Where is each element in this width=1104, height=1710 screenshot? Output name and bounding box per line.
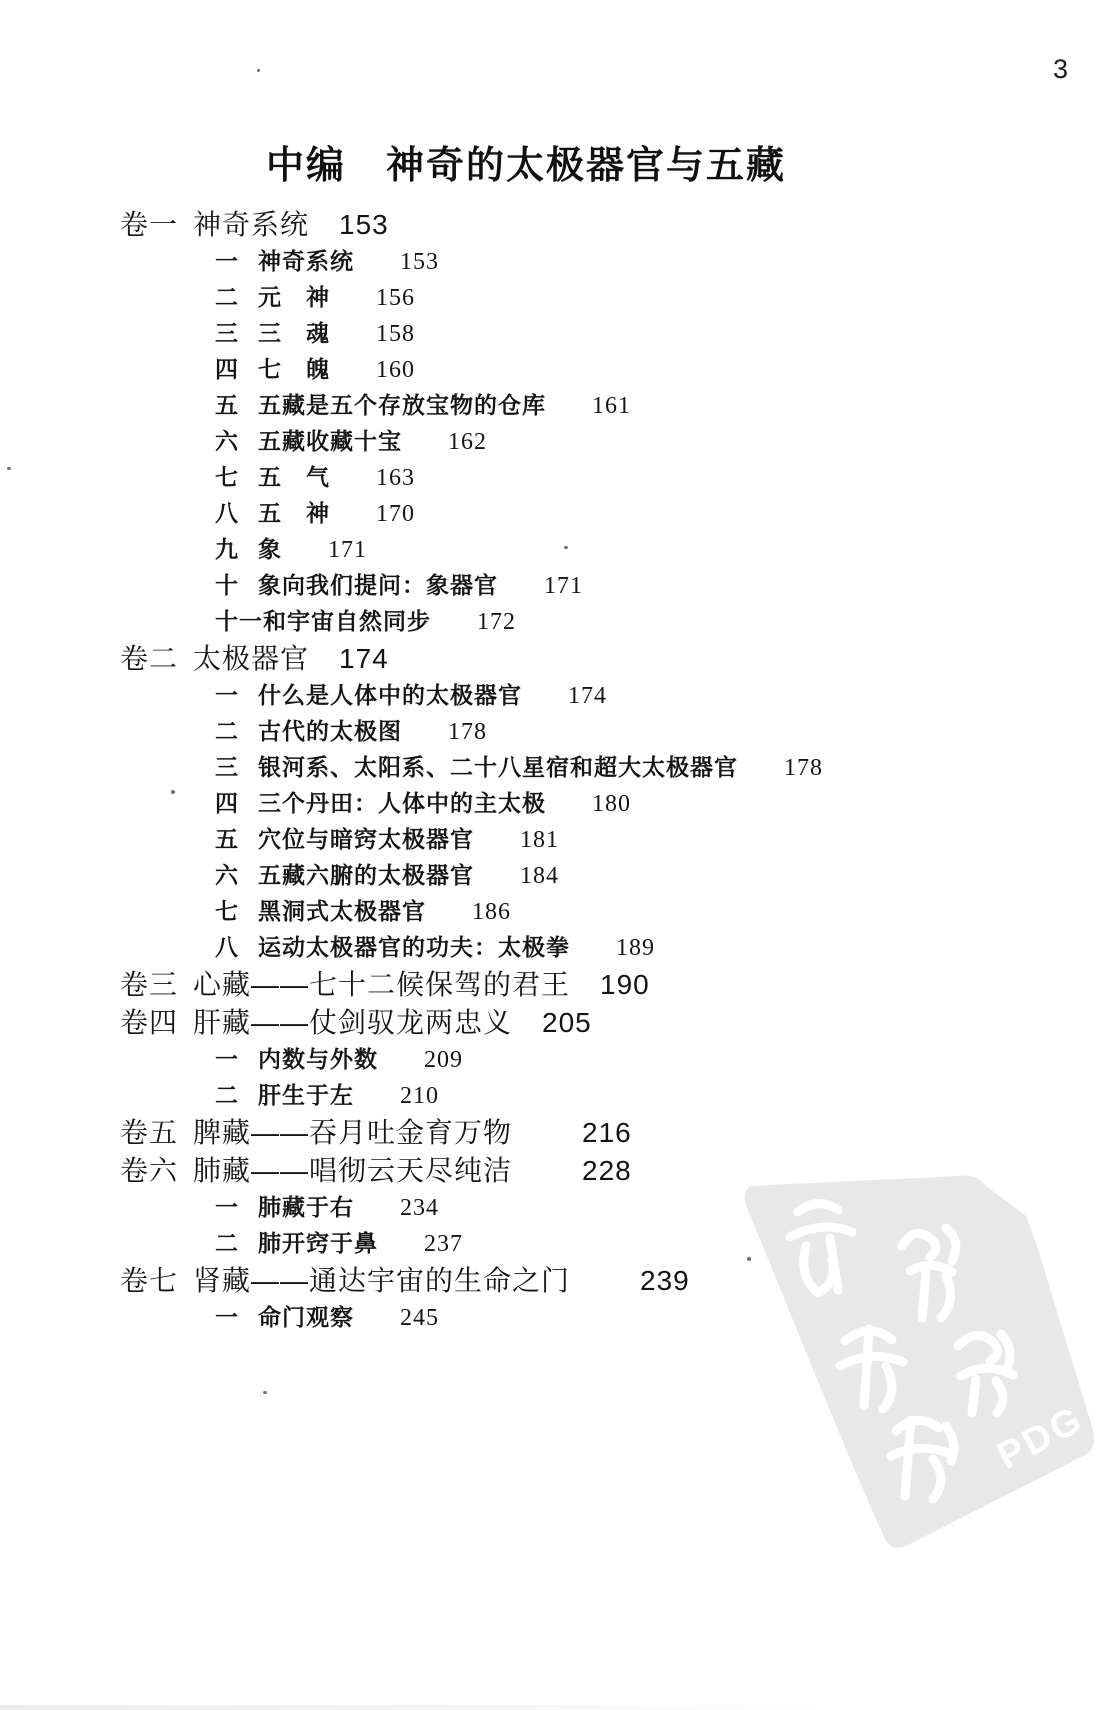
toc-entry-title: 象 — [258, 532, 282, 567]
toc-entry-title: 神奇系统 — [193, 206, 309, 244]
toc-entry-number: 四 — [215, 786, 258, 821]
toc-entry: 三银河系、太阳系、二十八星宿和超大太极器官178 — [120, 750, 1084, 786]
toc-entry-number: 二 — [215, 1078, 258, 1113]
toc-entry-page: 153 — [400, 245, 439, 280]
toc-entry-title: 肝藏——仗剑驭龙两忠义 — [193, 1004, 512, 1042]
toc-entry-number: 三 — [215, 750, 258, 785]
toc-entry-title: 穴位与暗窍太极器官 — [258, 822, 474, 857]
toc-entry-title: 古代的太极图 — [258, 714, 402, 749]
toc-entry: 八运动太极器官的功夫：太极拳189 — [120, 930, 1084, 966]
toc-entry-number: 八 — [215, 496, 258, 531]
toc-entry-title: 太极器官 — [193, 640, 309, 678]
scan-edge-shadow — [0, 1705, 1104, 1710]
toc-entry-page: 209 — [424, 1043, 463, 1078]
toc-entry-number: 一 — [215, 1042, 258, 1077]
toc-entry-page: 161 — [592, 389, 631, 424]
toc-entry-number: 二 — [215, 714, 258, 749]
toc-list: 卷一神奇系统153一神奇系统153二元 神156三三 魂158四七 魄160五五… — [120, 206, 1084, 1336]
toc-entry: 四七 魄160 — [120, 352, 1084, 388]
toc-entry: 五穴位与暗窍太极器官181 — [120, 822, 1084, 858]
toc-entry-number: 卷一 — [120, 206, 193, 244]
toc-entry-page: 163 — [376, 461, 415, 496]
toc-entry-page: 156 — [376, 281, 415, 316]
toc-entry-number: 七 — [215, 460, 258, 495]
toc-entry-title: 肾藏——通达宇宙的生命之门 — [193, 1262, 570, 1300]
toc-entry-number: 卷二 — [120, 640, 193, 678]
toc-entry-title: 肺开窍于鼻 — [258, 1226, 378, 1261]
toc-entry-page: 174 — [339, 640, 389, 678]
toc-entry-page: 170 — [376, 497, 415, 532]
toc-entry-page: 228 — [582, 1152, 632, 1190]
watermark-pdg-label: PDG — [991, 1398, 1091, 1478]
toc-entry-number: 八 — [215, 930, 258, 965]
toc-entry-title: 元 神 — [258, 280, 330, 315]
toc-entry: 卷七肾藏——通达宇宙的生命之门239 — [120, 1262, 1084, 1300]
toc-entry-title: 运动太极器官的功夫：太极拳 — [258, 930, 570, 965]
toc-entry-number: 一 — [215, 678, 258, 713]
toc-entry: 卷六肺藏——唱彻云天尽纯洁228 — [120, 1152, 1084, 1190]
scanned-book-page: 3 中编 神奇的太极器官与五藏 卷一神奇系统153一神奇系统153二元 神156… — [0, 0, 1104, 1710]
toc-entry-page: 239 — [640, 1262, 690, 1300]
toc-entry-title: 神奇系统 — [258, 244, 354, 279]
toc-entry: 六五藏六腑的太极器官184 — [120, 858, 1084, 894]
toc-entry: 一内数与外数209 — [120, 1042, 1084, 1078]
scan-speck — [171, 790, 175, 794]
toc-entry: 卷二太极器官174 — [120, 640, 1084, 678]
toc-entry-number: 十一 — [215, 604, 263, 639]
toc-entry: 一神奇系统153 — [120, 244, 1084, 280]
toc-entry: 二古代的太极图178 — [120, 714, 1084, 750]
toc-entry-number: 卷六 — [120, 1152, 193, 1190]
toc-entry-title: 五藏收藏十宝 — [258, 424, 402, 459]
toc-entry-page: 171 — [544, 569, 583, 604]
toc-entry-page: 210 — [400, 1079, 439, 1114]
toc-entry-number: 一 — [215, 1190, 258, 1225]
toc-entry-title: 黑洞式太极器官 — [258, 894, 426, 929]
toc-entry: 五五藏是五个存放宝物的仓库161 — [120, 388, 1084, 424]
toc-entry-number: 二 — [215, 280, 258, 315]
toc-entry-title: 七 魄 — [258, 352, 330, 387]
toc-entry-number: 四 — [215, 352, 258, 387]
toc-entry: 卷四肝藏——仗剑驭龙两忠义205 — [120, 1004, 1084, 1042]
toc-entry-title: 三个丹田：人体中的主太极 — [258, 786, 546, 821]
toc-entry-title: 肺藏于右 — [258, 1190, 354, 1225]
toc-entry-page: 172 — [477, 605, 516, 640]
toc-entry: 十象向我们提问：象器官171 — [120, 568, 1084, 604]
toc-entry-title: 脾藏——吞月吐金育万物 — [193, 1114, 512, 1152]
toc-entry-page: 237 — [424, 1227, 463, 1262]
toc-entry: 二肝生于左210 — [120, 1078, 1084, 1114]
toc-entry-page: 186 — [472, 895, 511, 930]
toc-entry-page: 158 — [376, 317, 415, 352]
toc-entry: 三三 魂158 — [120, 316, 1084, 352]
toc-entry-title: 心藏——七十二候保驾的君王 — [193, 966, 570, 1004]
toc-entry-title: 五 气 — [258, 460, 330, 495]
toc-entry-page: 153 — [339, 206, 389, 244]
toc-entry-page: 178 — [448, 715, 487, 750]
toc-entry: 一什么是人体中的太极器官174 — [120, 678, 1084, 714]
toc-entry: 四三个丹田：人体中的主太极180 — [120, 786, 1084, 822]
toc-entry: 六五藏收藏十宝162 — [120, 424, 1084, 460]
toc-entry-title: 三 魂 — [258, 316, 330, 351]
toc-entry-number: 十 — [215, 568, 258, 603]
toc-entry-number: 卷七 — [120, 1262, 193, 1300]
toc-entry-page: 181 — [520, 823, 559, 858]
toc-entry-title: 肝生于左 — [258, 1078, 354, 1113]
toc-entry: 二元 神156 — [120, 280, 1084, 316]
toc-entry-number: 九 — [215, 532, 258, 567]
toc-entry-number: 六 — [215, 858, 258, 893]
toc-entry-number: 七 — [215, 894, 258, 929]
scan-speck — [747, 1257, 751, 1261]
toc-entry-page: 171 — [328, 533, 367, 568]
toc-entry-title: 内数与外数 — [258, 1042, 378, 1077]
scan-speck — [564, 546, 568, 549]
toc-entry-page: 180 — [592, 787, 631, 822]
toc-entry: 卷三心藏——七十二候保驾的君王190 — [120, 966, 1084, 1004]
toc-entry-title: 和宇宙自然同步 — [263, 604, 431, 639]
toc-entry-title: 象向我们提问：象器官 — [258, 568, 498, 603]
toc-entry-title: 命门观察 — [258, 1300, 354, 1335]
toc-entry: 八五 神170 — [120, 496, 1084, 532]
toc-entry-title: 五藏是五个存放宝物的仓库 — [258, 388, 546, 423]
toc-entry-number: 五 — [215, 388, 258, 423]
toc-entry-page: 178 — [784, 751, 823, 786]
toc-entry: 一命门观察245 — [120, 1300, 1084, 1336]
toc-entry-page: 174 — [568, 679, 607, 714]
toc-entry: 一肺藏于右234 — [120, 1190, 1084, 1226]
toc-entry-number: 二 — [215, 1226, 258, 1261]
scan-speck — [263, 1391, 267, 1394]
toc-entry-page: 245 — [400, 1301, 439, 1336]
toc-entry-title: 银河系、太阳系、二十八星宿和超大太极器官 — [258, 750, 738, 785]
toc-entry: 七五 气163 — [120, 460, 1084, 496]
toc-entry-number: 六 — [215, 424, 258, 459]
toc-entry-title: 肺藏——唱彻云天尽纯洁 — [193, 1152, 512, 1190]
toc-entry-title: 五 神 — [258, 496, 330, 531]
page-number: 3 — [1053, 56, 1068, 83]
toc-entry-page: 184 — [520, 859, 559, 894]
toc-entry-page: 190 — [600, 966, 650, 1004]
page-title: 中编 神奇的太极器官与五藏 — [0, 134, 1104, 189]
toc-entry-page: 189 — [616, 931, 655, 966]
toc-entry-number: 卷三 — [120, 966, 193, 1004]
toc-entry-page: 162 — [448, 425, 487, 460]
toc-entry-page: 160 — [376, 353, 415, 388]
toc-entry-number: 一 — [215, 244, 258, 279]
toc-entry-title: 五藏六腑的太极器官 — [258, 858, 474, 893]
toc-entry: 七黑洞式太极器官186 — [120, 894, 1084, 930]
scan-speck — [257, 69, 260, 72]
toc-entry-number: 五 — [215, 822, 258, 857]
scan-speck — [7, 467, 11, 470]
toc-entry-page: 205 — [542, 1004, 592, 1042]
toc-entry: 卷一神奇系统153 — [120, 206, 1084, 244]
toc-entry: 卷五脾藏——吞月吐金育万物216 — [120, 1114, 1084, 1152]
toc-entry-number: 卷五 — [120, 1114, 193, 1152]
toc-entry-page: 234 — [400, 1191, 439, 1226]
toc-entry-title: 什么是人体中的太极器官 — [258, 678, 522, 713]
toc-entry: 二肺开窍于鼻237 — [120, 1226, 1084, 1262]
toc-entry-page: 216 — [582, 1114, 632, 1152]
toc-entry: 十一和宇宙自然同步172 — [120, 604, 1084, 640]
toc-entry-number: 一 — [215, 1300, 258, 1335]
toc-entry-number: 三 — [215, 316, 258, 351]
toc-entry-number: 卷四 — [120, 1004, 193, 1042]
toc-entry: 九象171 — [120, 532, 1084, 568]
